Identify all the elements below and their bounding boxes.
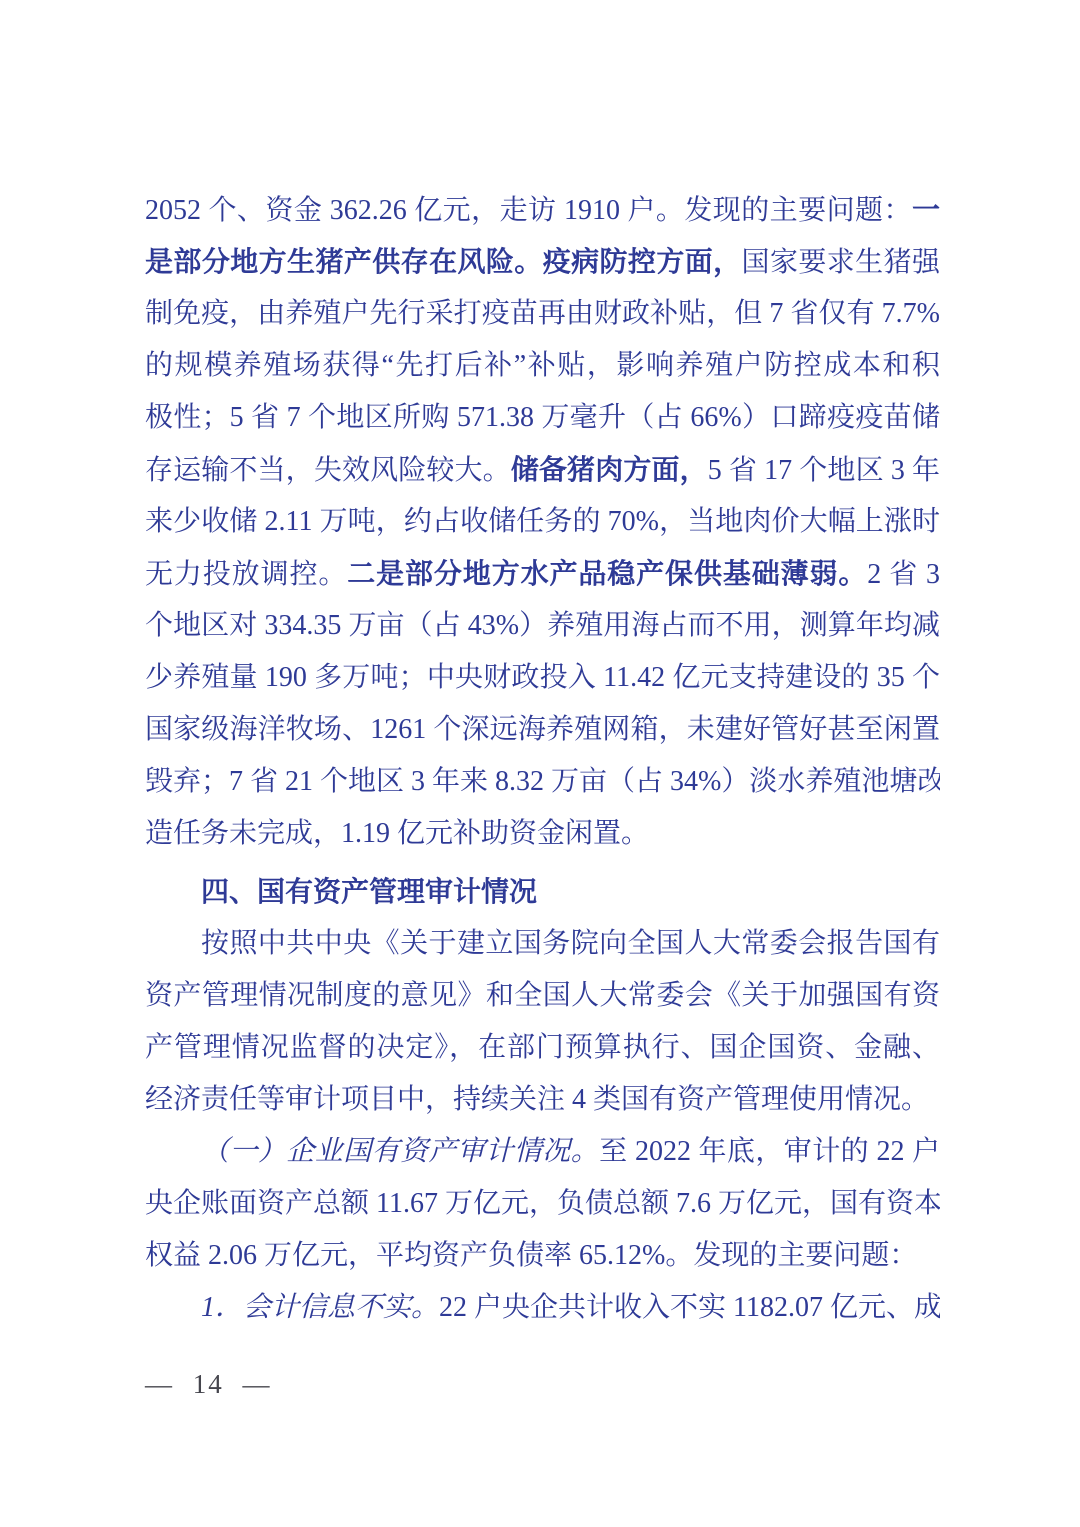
text-run: 少养殖量 190 多万吨；中央财政投入 11.42 亿元支持建设的 35 个 (145, 662, 940, 693)
text-line: 产管理情况监督的决定》，在部门预算执行、国企国资、金融、 (145, 1022, 940, 1074)
kai-run: 1．会计信息不实。 (201, 1292, 439, 1323)
text-run: 2052 个、资金 362.26 亿元，走访 1910 户。发现的主要问题： (145, 195, 912, 226)
text-run: 权益 2.06 万亿元，平均资产负债率 65.12%。发现的主要问题： (145, 1240, 917, 1271)
text-run: 22 户央企共计收入不实 1182.07 亿元、成 (439, 1292, 940, 1323)
bold-run: 一 (912, 194, 940, 225)
text-line: 的规模养殖场获得“先打后补”补贴，影响养殖户防控成本和积 (145, 340, 940, 392)
text-run: 存运输不当，失效风险较大。 (145, 455, 511, 486)
page-number: — 14 — (145, 1369, 272, 1399)
text-run: 央企账面资产总额 11.67 万亿元，负债总额 7.6 万亿元，国有资本 (145, 1188, 940, 1219)
text-line: 经济责任等审计项目中，持续关注 4 类国有资产管理使用情况。 (145, 1074, 940, 1126)
text-line: 制免疫，由养殖户先行采打疫苗再由财政补贴，但 7 省仅有 7.7% (145, 288, 940, 340)
text-line: 权益 2.06 万亿元，平均资产负债率 65.12%。发现的主要问题： (145, 1230, 940, 1282)
bold-run: 储备猪肉方面， (511, 454, 708, 485)
text-line: 资产管理情况制度的意见》和全国人大常委会《关于加强国有资 (145, 970, 940, 1022)
text-line: 毁弃；7 省 21 个地区 3 年来 8.32 万亩（占 34%）淡水养殖池塘改 (145, 756, 940, 808)
text-line: 来少收储 2.11 万吨，约占收储任务的 70%，当地肉价大幅上涨时 (145, 496, 940, 548)
kai-run: （一）企业国有资产审计情况。 (201, 1136, 599, 1167)
text-line: 央企账面资产总额 11.67 万亿元，负债总额 7.6 万亿元，国有资本 (145, 1178, 940, 1230)
text-run: 制免疫，由养殖户先行采打疫苗再由财政补贴，但 7 省仅有 7.7% (145, 298, 940, 329)
text-run: 至 2022 年底，审计的 22 户 (599, 1136, 940, 1167)
text-run: 5 省 17 个地区 3 年 (708, 455, 940, 486)
text-line: 1．会计信息不实。22 户央企共计收入不实 1182.07 亿元、成 (145, 1282, 940, 1334)
text-line: 造任务未完成，1.19 亿元补助资金闲置。 (145, 808, 940, 860)
text-run: 毁弃；7 省 21 个地区 3 年来 8.32 万亩（占 34%）淡水养殖池塘改 (145, 766, 940, 797)
text-run: 造任务未完成，1.19 亿元补助资金闲置。 (145, 818, 649, 849)
text-line: 少养殖量 190 多万吨；中央财政投入 11.42 亿元支持建设的 35 个 (145, 652, 940, 704)
page-body: 2052 个、资金 362.26 亿元，走访 1910 户。发现的主要问题：一 … (145, 184, 940, 1334)
section-heading: 四、国有资产管理审计情况 (145, 866, 940, 918)
heading-run: 四、国有资产管理审计情况 (201, 876, 537, 907)
text-run: 按照中共中央《关于建立国务院向全国人大常委会报告国有 (201, 928, 940, 959)
document-page: 2052 个、资金 362.26 亿元，走访 1910 户。发现的主要问题：一 … (0, 0, 1080, 1527)
text-run: 资产管理情况制度的意见》和全国人大常委会《关于加强国有资 (145, 980, 940, 1011)
text-line: 存运输不当，失效风险较大。储备猪肉方面，5 省 17 个地区 3 年 (145, 444, 940, 496)
text-line: 按照中共中央《关于建立国务院向全国人大常委会报告国有 (145, 918, 940, 970)
text-line: 国家级海洋牧场、1261 个深远海养殖网箱，未建好管好甚至闲置 (145, 704, 940, 756)
text-run: 个地区对 334.35 万亩（占 43%）养殖用海占而不用，测算年均减 (145, 610, 940, 641)
text-run: 经济责任等审计项目中，持续关注 4 类国有资产管理使用情况。 (145, 1084, 929, 1115)
text-run: 国家要求生猪强 (742, 247, 940, 278)
text-line: 个地区对 334.35 万亩（占 43%）养殖用海占而不用，测算年均减 (145, 600, 940, 652)
text-run: 极性；5 省 7 个地区所购 571.38 万毫升（占 66%）口蹄疫疫苗储 (145, 402, 940, 433)
text-run: 国家级海洋牧场、1261 个深远海养殖网箱，未建好管好甚至闲置 (145, 714, 940, 745)
text-run: 2 省 3 (867, 559, 940, 590)
text-line: 无力投放调控。二是部分地方水产品稳产保供基础薄弱。2 省 3 (145, 548, 940, 600)
text-run: 产管理情况监督的决定》，在部门预算执行、国企国资、金融、 (145, 1032, 940, 1063)
text-line: （一）企业国有资产审计情况。至 2022 年底，审计的 22 户 (145, 1126, 940, 1178)
text-run: 无力投放调控。 (145, 559, 347, 590)
page-footer: — 14 — (145, 1358, 272, 1410)
text-run: 来少收储 2.11 万吨，约占收储任务的 70%，当地肉价大幅上涨时 (145, 506, 940, 537)
text-line: 2052 个、资金 362.26 亿元，走访 1910 户。发现的主要问题：一 (145, 184, 940, 236)
text-line: 极性；5 省 7 个地区所购 571.38 万毫升（占 66%）口蹄疫疫苗储 (145, 392, 940, 444)
text-line: 是部分地方生猪产供存在风险。疫病防控方面，国家要求生猪强 (145, 236, 940, 288)
text-run: 的规模养殖场获得“先打后补”补贴，影响养殖户防控成本和积 (145, 350, 940, 381)
bold-run: 是部分地方生猪产供存在风险。疫病防控方面， (145, 246, 742, 277)
bold-run: 二是部分地方水产品稳产保供基础薄弱。 (347, 558, 867, 589)
